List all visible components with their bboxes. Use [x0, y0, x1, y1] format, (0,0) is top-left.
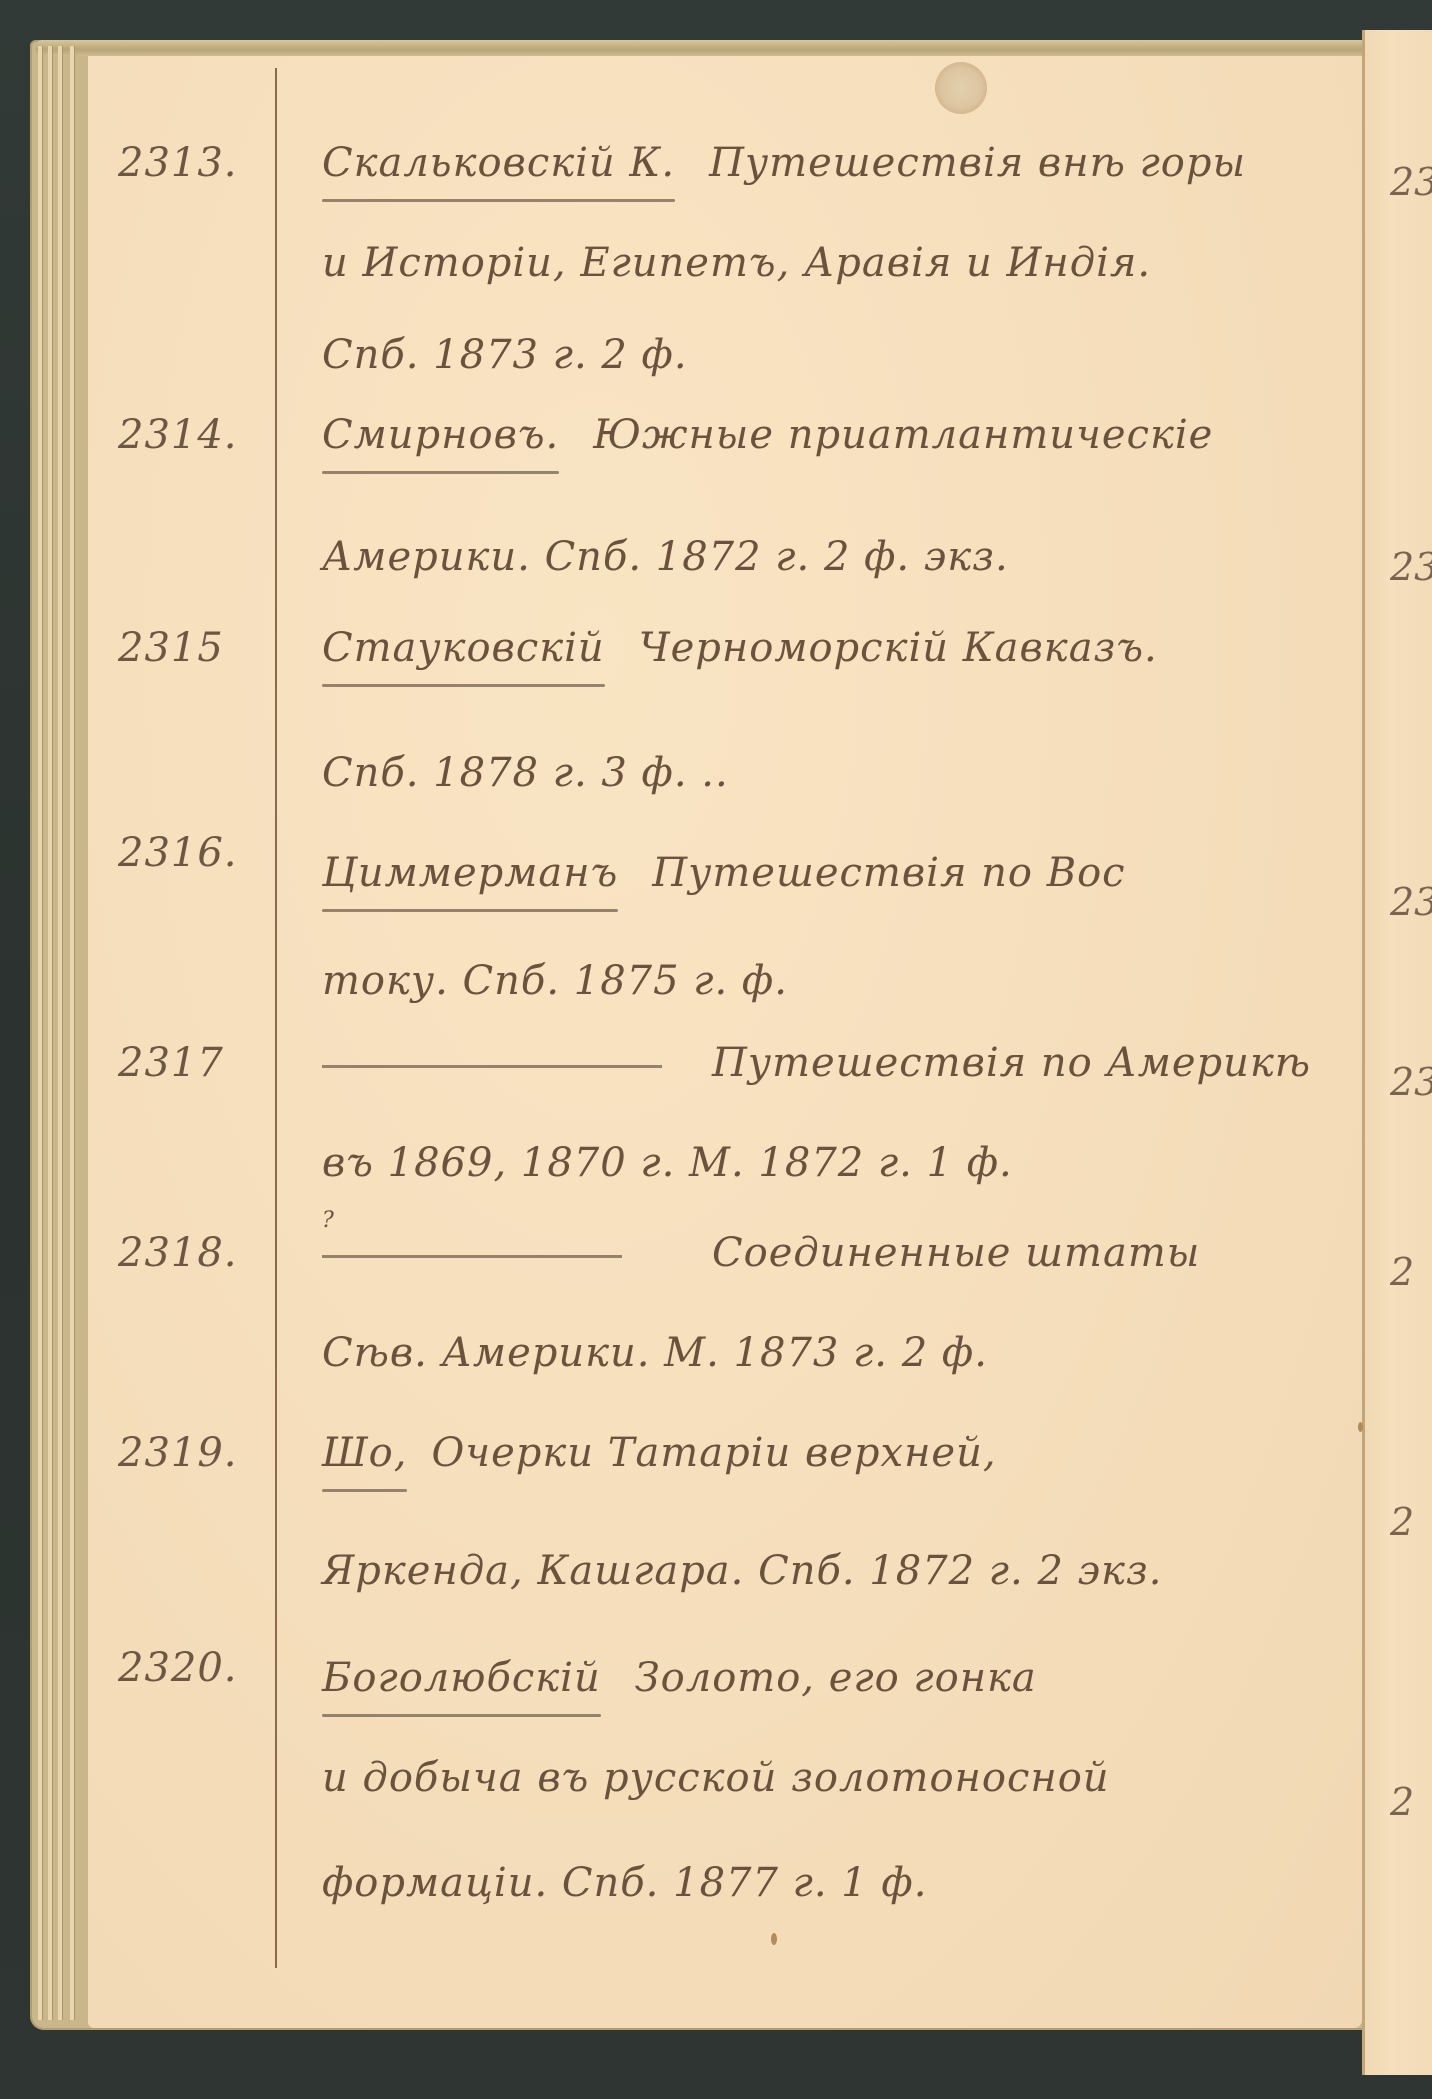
entry-line-2: Спб. 1878 г. 3 ф. ..	[322, 750, 1352, 796]
entry-line-1: БоголюбскійЗолото, его гонка	[322, 1655, 1352, 1701]
entry-author: Смирновъ.	[322, 412, 559, 458]
entry-line-2: Америки. Спб. 1872 г. 2 ф. экз.	[322, 534, 1352, 580]
entry-number: 2320.	[118, 1645, 238, 1691]
next-page-number: 23	[1390, 880, 1432, 924]
entry-line-1: Шо,Очерки Татаріи верхней,	[322, 1430, 1352, 1476]
entry-line-2: и добыча въ русской золотоносной	[322, 1755, 1352, 1801]
next-page	[1362, 30, 1432, 2075]
entry-number: 2319.	[118, 1430, 238, 1476]
entry-number: 2315	[118, 625, 224, 671]
entry-number: 2317	[118, 1040, 224, 1086]
ink-spot	[771, 1933, 777, 1945]
entry-title: Золото, его гонка	[635, 1655, 1037, 1701]
page-edge	[58, 46, 63, 2020]
entry-line-1: Смирновъ.Южные приатлантическіе	[322, 412, 1352, 458]
page-edge	[70, 46, 75, 2020]
ditto-line	[322, 1065, 662, 1068]
entry-number: 2313.	[118, 140, 238, 186]
entry-author: Скальковскій К.	[322, 140, 675, 186]
entry-title: Соединенные штаты	[712, 1230, 1200, 1276]
ditto-line	[322, 1255, 622, 1258]
entry-line-1: Скальковскій К.Путешествія внѣ горы	[322, 140, 1352, 186]
next-page-number: 2	[1390, 1250, 1432, 1294]
entry-title: Черноморскій Кавказъ.	[639, 625, 1158, 671]
entry-line-3: формаціи. Спб. 1877 г. 1 ф.	[322, 1860, 1352, 1906]
entry-line-1: ЦиммерманъПутешествія по Вос	[322, 850, 1352, 896]
entry-line-2: и Исторіи, Египетъ, Аравія и Индія.	[322, 240, 1352, 286]
entry-author: Стауковскій	[322, 625, 605, 671]
entry-title: Очерки Татаріи верхней,	[431, 1430, 996, 1476]
entry-number: 2318.	[118, 1230, 238, 1276]
entry-author: Шо,	[322, 1430, 407, 1476]
entry-title: Путешествія по Вос	[652, 850, 1125, 896]
entry-line-1: ?Соединенные штаты	[322, 1230, 1352, 1276]
next-page-number: 23	[1390, 545, 1432, 589]
entry-line-3: Спб. 1873 г. 2 ф.	[322, 332, 1352, 378]
entry-title: Южные приатлантическіе	[593, 412, 1213, 458]
entry-line-1: СтауковскійЧерноморскій Кавказъ.	[322, 625, 1352, 671]
ditto-question-mark: ?	[322, 1208, 335, 1233]
entry-author: Боголюбскій	[322, 1655, 601, 1701]
entry-line-1: Путешествія по Америкѣ	[322, 1040, 1352, 1086]
entry-line-2: въ 1869, 1870 г. М. 1872 г. 1 ф.	[322, 1140, 1352, 1186]
page-gutter	[1362, 30, 1365, 2075]
ink-spot	[1358, 1422, 1363, 1432]
entry-line-2: Сѣв. Америки. М. 1873 г. 2 ф.	[322, 1330, 1352, 1376]
page-edge	[48, 46, 53, 2020]
entry-title: Путешествія внѣ горы	[709, 140, 1246, 186]
entry-number: 2316.	[118, 830, 238, 876]
next-page-number: 23	[1390, 1060, 1432, 1104]
entry-title: Путешествія по Америкѣ	[712, 1040, 1311, 1086]
entry-number: 2314.	[118, 412, 238, 458]
entry-line-2: току. Спб. 1875 г. ф.	[322, 958, 1352, 1004]
number-column-rule	[275, 68, 277, 1968]
next-page-number: 23	[1390, 160, 1432, 204]
page-top-edge	[36, 40, 1375, 56]
next-page-number: 2	[1390, 1780, 1432, 1824]
page-edge	[38, 46, 43, 2020]
entry-author: Циммерманъ	[322, 850, 618, 896]
paper-stain	[935, 62, 987, 114]
entry-line-2: Яркенда, Кашгара. Спб. 1872 г. 2 экз.	[322, 1548, 1352, 1594]
next-page-number: 2	[1390, 1500, 1432, 1544]
